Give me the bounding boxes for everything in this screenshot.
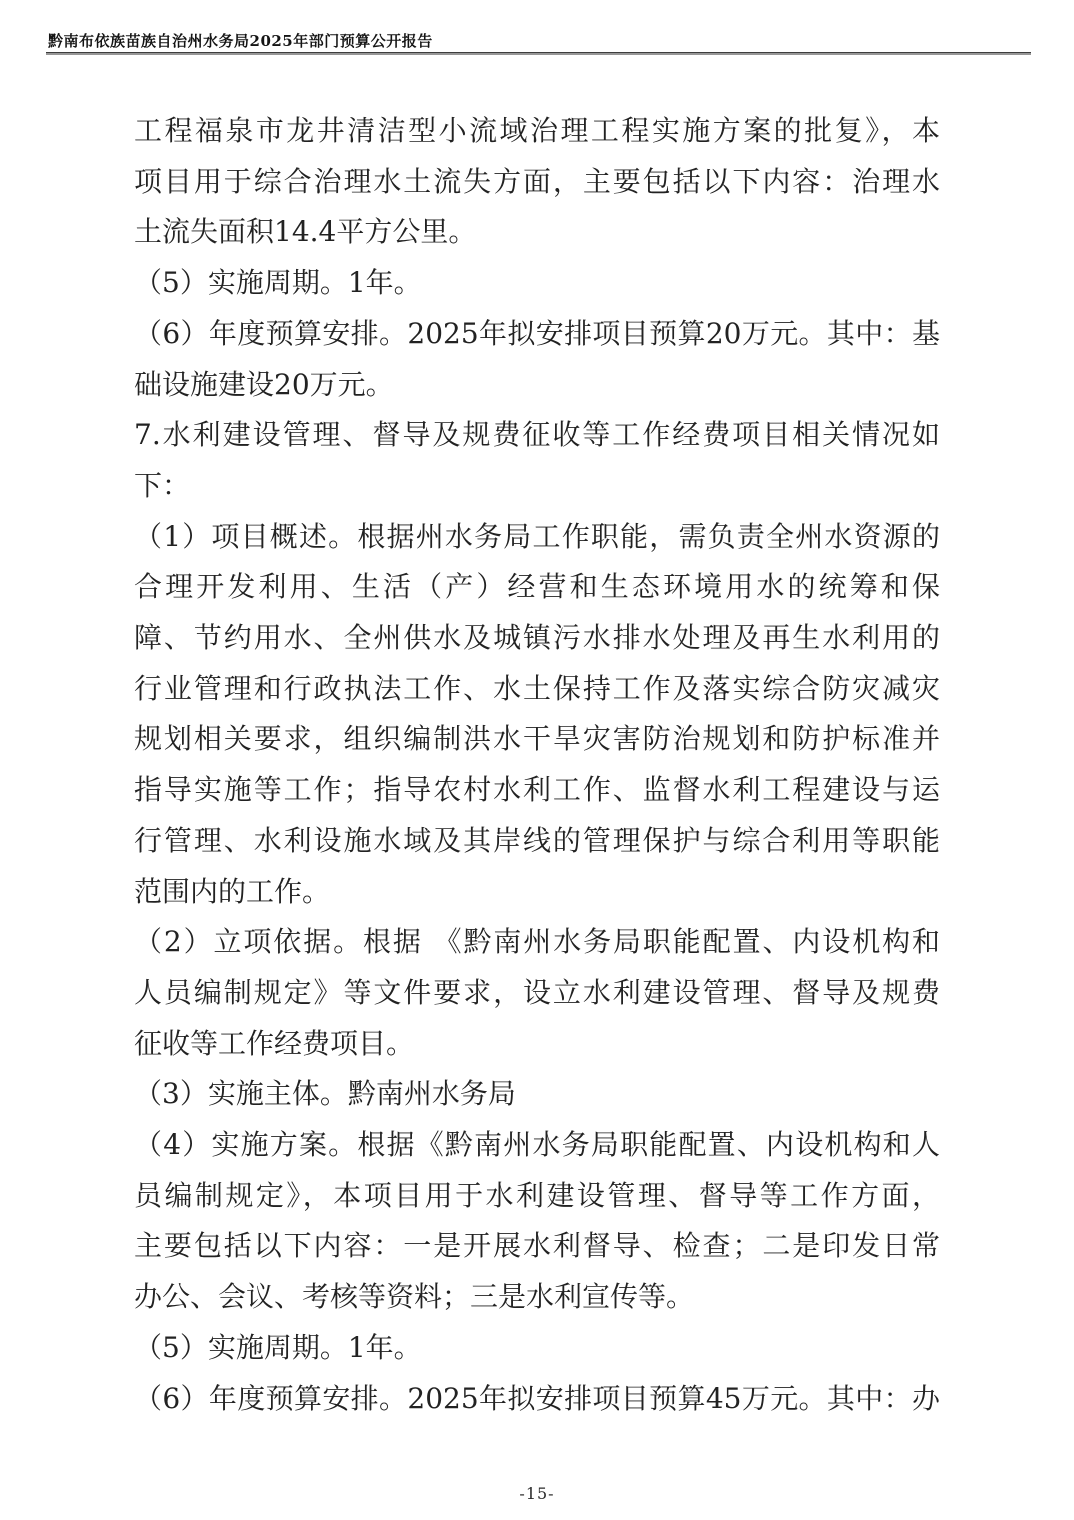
text-line: （6）年度预算安排。2025年拟安排项目预算20万元。其中：基 [134,309,940,360]
text-line: 工程福泉市龙井清洁型小流域治理工程实施方案的批复》，本 [134,106,940,157]
text-line: 障、节约用水、全州供水及城镇污水排水处理及再生水利用的 [134,613,940,664]
text-line: 7.水利建设管理、督导及规费征收等工作经费项目相关情况如 [134,410,940,461]
text-line: 指导实施等工作；指导农村水利工作、监督水利工程建设与运 [134,765,940,816]
text-line: 行管理、水利设施水域及其岸线的管理保护与综合利用等职能 [134,816,940,867]
header-title: 黔南布依族苗族自治州水务局2025年部门预算公开报告 [48,30,433,51]
text-line: （5）实施周期。1年。 [134,1323,940,1374]
text-line: （4）实施方案。根据《黔南州水务局职能配置、内设机构和人 [134,1120,940,1171]
text-line: 下： [134,461,940,512]
text-line: 行业管理和行政执法工作、水土保持工作及落实综合防灾减灾 [134,664,940,715]
text-line: （5）实施周期。1年。 [134,258,940,309]
page-footer: -15- [0,1484,1074,1503]
text-line: 征收等工作经费项目。 [134,1019,940,1070]
text-line: 人员编制规定》等文件要求，设立水利建设管理、督导及规费 [134,968,940,1019]
text-line: 项目用于综合治理水土流失方面，主要包括以下内容：治理水 [134,157,940,208]
text-line: 办公、会议、考核等资料；三是水利宣传等。 [134,1272,940,1323]
header-rule [46,52,1031,55]
text-line: 规划相关要求，组织编制洪水干旱灾害防治规划和防护标准并 [134,714,940,765]
text-line: 范围内的工作。 [134,867,940,918]
text-line: 合理开发利用、生活（产）经营和生态环境用水的统筹和保 [134,562,940,613]
text-line: （2）立项依据。根据 《黔南州水务局职能配置、内设机构和 [134,917,940,968]
text-line: 主要包括以下内容：一是开展水利督导、检查；二是印发日常 [134,1221,940,1272]
document-body: 工程福泉市龙井清洁型小流域治理工程实施方案的批复》，本项目用于综合治理水土流失方… [134,106,940,1424]
text-line: 员编制规定》，本项目用于水利建设管理、督导等工作方面， [134,1171,940,1222]
text-line: （3）实施主体。黔南州水务局 [134,1069,940,1120]
document-page: 黔南布依族苗族自治州水务局2025年部门预算公开报告 工程福泉市龙井清洁型小流域… [0,0,1074,1520]
text-line: 土流失面积14.4平方公里。 [134,207,940,258]
text-line: 础设施建设20万元。 [134,360,940,411]
text-line: （1）项目概述。根据州水务局工作职能，需负责全州水资源的 [134,512,940,563]
text-line: （6）年度预算安排。2025年拟安排项目预算45万元。其中：办 [134,1374,940,1425]
page-number: -15- [519,1484,554,1503]
